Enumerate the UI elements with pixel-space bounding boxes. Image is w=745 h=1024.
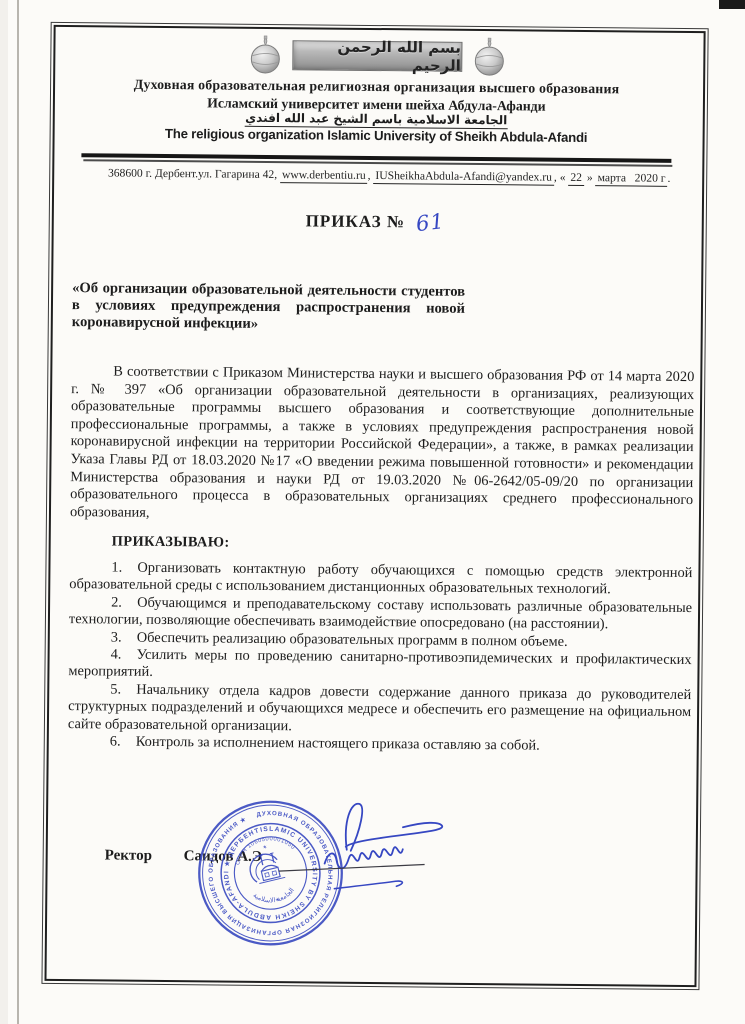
order-label: ПРИКАЗ №: [306, 211, 406, 231]
website-link: www.derbentiu.ru: [280, 168, 368, 184]
dome-ornament-icon: [243, 35, 287, 75]
signatory-role: Ректор: [105, 847, 152, 863]
rector-signature: [276, 792, 467, 909]
order-number-handwritten: 61: [415, 209, 446, 236]
date-day: 22: [568, 171, 584, 186]
dome-ornament-icon: [467, 37, 511, 77]
order-item-5: 5.Начальнику отдела кадров довести содер…: [68, 681, 691, 739]
email-link: IUSheikhaAbdula-Afandi@yandex.ru: [373, 169, 554, 186]
document-sheet: بسم الله الرحمن الرحيم Духовная образова…: [0, 0, 745, 1024]
order-items-list: 1.Организовать контактную работу обучающ…: [68, 559, 693, 756]
date-month-year: марта 2020 г: [596, 171, 668, 187]
order-item-4: 4.Усилить меры по проведению санитарно-п…: [68, 646, 691, 687]
bismillah-text: بسم الله الرحمن الرحيم: [293, 37, 461, 75]
order-subject: «Об организации образовательной деятельн…: [72, 280, 465, 334]
letterhead-banner: بسم الله الرحمن الرحيم: [4, 32, 745, 79]
bismillah-calligraphy-band: بسم الله الرحمن الرحيم: [292, 40, 462, 72]
postal-address: 368600 г. Дербент.ул. Гагарина 42,: [108, 166, 280, 181]
order-item-2: 2.Обучающимся и преподавательскому соста…: [69, 594, 692, 635]
intro-paragraph: В соответствии с Приказом Министерства н…: [70, 363, 694, 527]
stamp-star: ✶: [262, 843, 268, 851]
order-item-1: 1.Организовать контактную работу обучающ…: [69, 559, 692, 600]
